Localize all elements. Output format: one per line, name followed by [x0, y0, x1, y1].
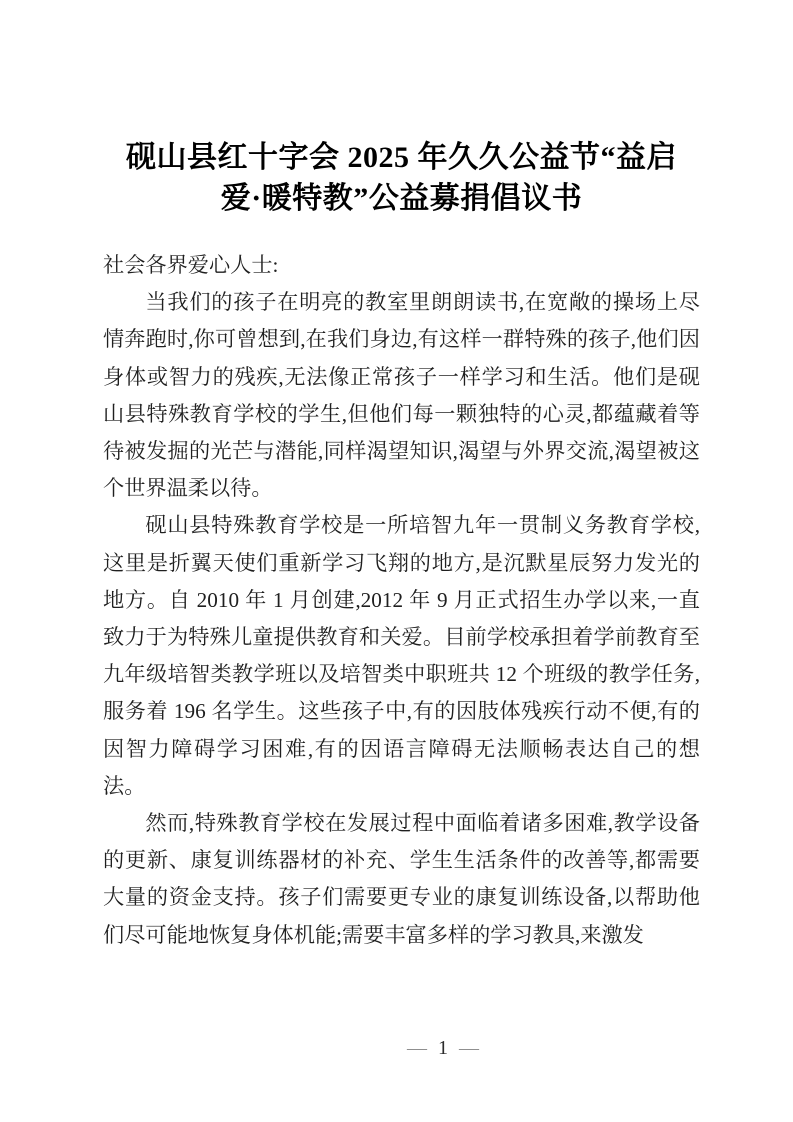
document-body: 社会各界爱心人士: 当我们的孩子在明亮的教室里朗朗读书,在宽敞的操场上尽情奔跑时… — [103, 247, 700, 954]
footer-dash-right: — — [459, 1037, 479, 1059]
title-line-1: 砚山县红十字会 2025 年久久公益节“益启 — [100, 137, 703, 178]
paragraph-1: 当我们的孩子在明亮的教室里朗朗读书,在宽敞的操场上尽情奔跑时,你可曾想到,在我们… — [103, 284, 700, 507]
paragraph-2: 砚山县特殊教育学校是一所培智九年一贯制义务教育学校,这里是折翼天使们重新学习飞翔… — [103, 507, 700, 805]
document-title: 砚山县红十字会 2025 年久久公益节“益启 爱·暖特教”公益募捐倡议书 — [100, 137, 703, 219]
footer-dash-left: — — [407, 1037, 427, 1059]
title-line-2: 爱·暖特教”公益募捐倡议书 — [100, 178, 703, 219]
document-page: 砚山县红十字会 2025 年久久公益节“益启 爱·暖特教”公益募捐倡议书 社会各… — [0, 0, 793, 1122]
page-number: 1 — [438, 1037, 448, 1059]
paragraph-3: 然而,特殊教育学校在发展过程中面临着诸多困难,教学设备的更新、康复训练器材的补充… — [103, 805, 700, 954]
page-footer: —1— — [93, 1034, 793, 1062]
salutation: 社会各界爱心人士: — [103, 247, 700, 284]
